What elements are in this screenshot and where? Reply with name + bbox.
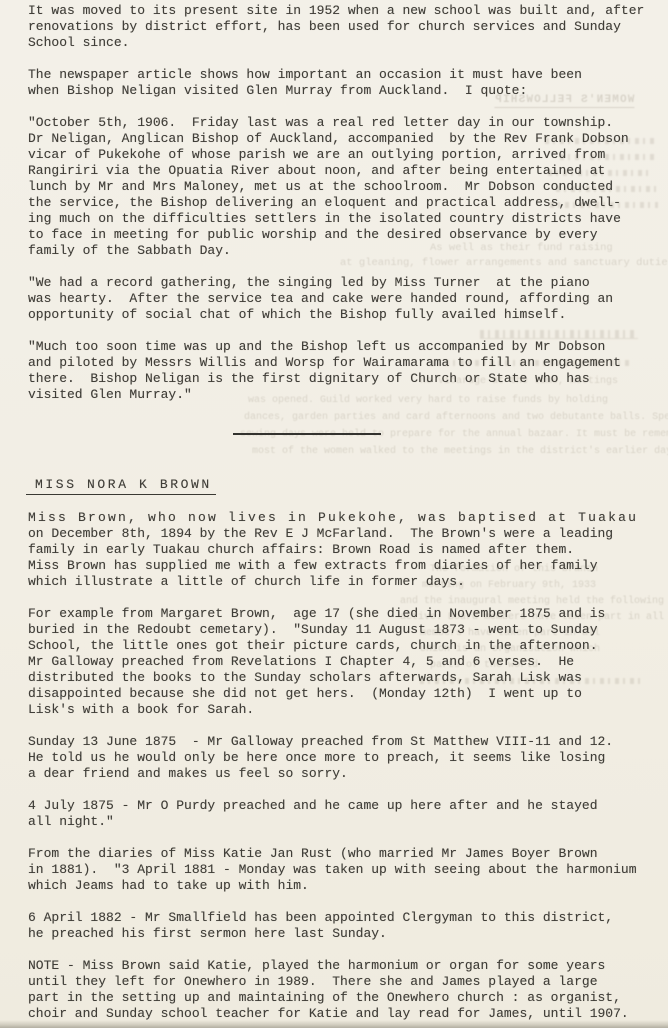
page-bottom-edge-shadow [0, 1020, 668, 1028]
paragraph-sunday-13-june-1875: Sunday 13 June 1875 - Mr Galloway preach… [28, 734, 613, 782]
bleedthrough-heading-stripe [480, 330, 638, 339]
paragraph-miss-brown-line1: Miss Brown, who now lives in Pukekohe, w… [28, 510, 638, 526]
section-divider [233, 433, 381, 435]
paragraph-newspaper-article: The newspaper article shows how importan… [28, 67, 582, 99]
paragraph-october-1906-quote: "October 5th, 1906. Friday last was a re… [28, 115, 629, 259]
paragraph-katie-jan-rust-diary: From the diaries of Miss Katie Jan Rust … [28, 846, 637, 894]
paragraph-note-katie-harmonium: NOTE - Miss Brown said Katie, played the… [28, 958, 629, 1022]
paragraph-4-july-1875: 4 July 1875 - Mr O Purdy preached and he… [28, 798, 598, 830]
paragraph-miss-brown-rest: on December 8th, 1894 by the Rev E J McF… [28, 526, 613, 590]
paragraph-record-gathering: "We had a record gathering, the singing … [28, 275, 613, 323]
bleedthrough-line: dances, garden parties and card afternoo… [244, 412, 668, 423]
paragraph-margaret-brown-diary: For example from Margaret Brown, age 17 … [28, 606, 605, 718]
paragraph-6-april-1882: 6 April 1882 - Mr Smallfield has been ap… [28, 910, 613, 942]
bleedthrough-line: most of the women walked to the meetings… [252, 446, 668, 457]
paragraph-moved-1952: It was moved to its present site in 1952… [28, 3, 644, 51]
document-page: WOMEN'S FELLOWSHIP As well as their fund… [0, 0, 668, 1028]
section-heading-miss-nora-k-brown: MISS NORA K BROWN [26, 477, 216, 495]
paragraph-bishop-departure: "Much too soon time was up and the Bisho… [28, 339, 621, 403]
